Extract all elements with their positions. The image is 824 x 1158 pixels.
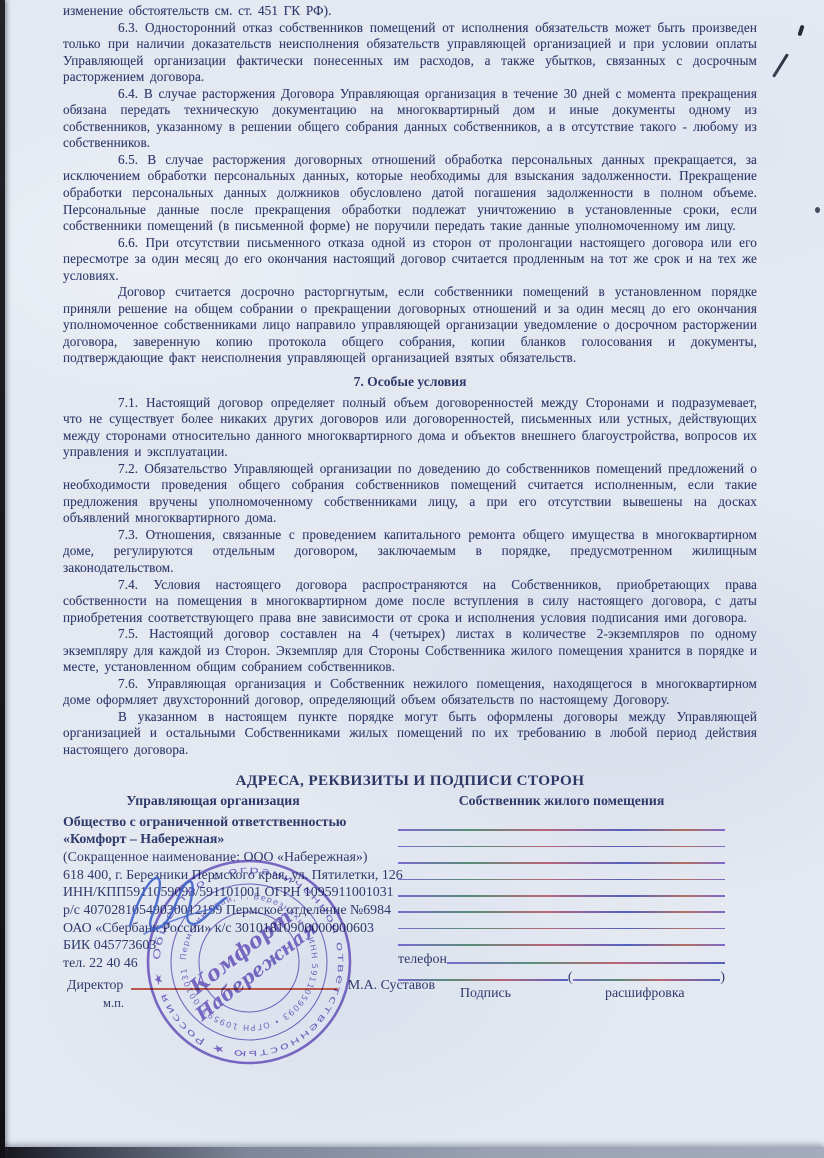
owner-blank-line [398, 900, 725, 916]
director-signature-ink [122, 864, 292, 959]
owner-blank-line [398, 850, 725, 866]
section-7-heading: 7. Особые условия [63, 374, 757, 391]
owner-header: Собственник жилого помещения [398, 793, 725, 809]
paren-close: ) [720, 971, 725, 984]
owner-column: Собственник жилого помещения телефон ( [398, 793, 757, 1002]
owner-phone-label: телефон [398, 952, 447, 967]
clause-7-1: 7.1. Настоящий договор определяет полный… [63, 395, 757, 461]
owner-signature-row: ( ) [398, 967, 725, 984]
signature-label: Подпись [460, 986, 511, 1002]
owner-transcript-line [573, 979, 721, 981]
clause-6-5: 6.5. В случае расторжения договорных отн… [63, 152, 757, 235]
owner-blank-line [398, 834, 725, 850]
owner-blank-line [398, 932, 725, 948]
requisites-title: АДРЕСА, РЕКВИЗИТЫ И ПОДПИСИ СТОРОН [63, 772, 757, 790]
clause-continuation: изменение обстоятельств см. ст. 451 ГК Р… [63, 3, 757, 20]
ink-mark [815, 207, 820, 213]
company-name-line-1: Общество с ограниченной ответственностью [63, 814, 398, 832]
scan-edge-left [0, 0, 5, 1158]
ink-mark [772, 53, 789, 77]
managing-organization-header: Управляющая организация [63, 793, 363, 809]
clause-7-final: В указанном в настоящем пункте порядке м… [63, 709, 757, 759]
clause-7-4: 7.4. Условия настоящего договора распрос… [63, 577, 757, 627]
clause-termination: Договор считается досрочно расторгнутым,… [63, 284, 757, 367]
clause-6-3: 6.3. Односторонний отказ собственников п… [63, 20, 757, 86]
owner-blank-line [398, 818, 725, 834]
owner-phone-line [447, 962, 725, 964]
director-label: Директор [67, 978, 123, 993]
clause-7-2: 7.2. Обязательство Управляющей организац… [63, 461, 757, 527]
company-name-line-2: «Комфорт – Набережная» [63, 831, 398, 849]
owner-blank-line [398, 916, 725, 932]
owner-signature-labels: Подпись расшифровка [398, 986, 725, 1002]
ink-mark [797, 25, 804, 37]
clause-7-6: 7.6. Управляющая организация и Собственн… [63, 676, 757, 709]
clause-6-4: 6.4. В случае расторжения Договора Управ… [63, 86, 757, 152]
clause-7-5: 7.5. Настоящий договор составлен на 4 (ч… [63, 626, 757, 676]
clause-6-6: 6.6. При отсутствии письменного отказа о… [63, 235, 757, 285]
owner-signature-line [398, 979, 568, 981]
scan-edge-bottom [0, 1147, 824, 1158]
paren-open: ( [568, 971, 573, 984]
scanned-contract-page: изменение обстоятельств см. ст. 451 ГК Р… [0, 0, 824, 1158]
owner-blank-line [398, 883, 725, 899]
transcript-label: расшифровка [605, 986, 685, 1002]
owner-phone-row: телефон [398, 950, 725, 967]
owner-blank-line [398, 867, 725, 883]
clause-7-3: 7.3. Отношения, связанные с проведением … [63, 527, 757, 577]
